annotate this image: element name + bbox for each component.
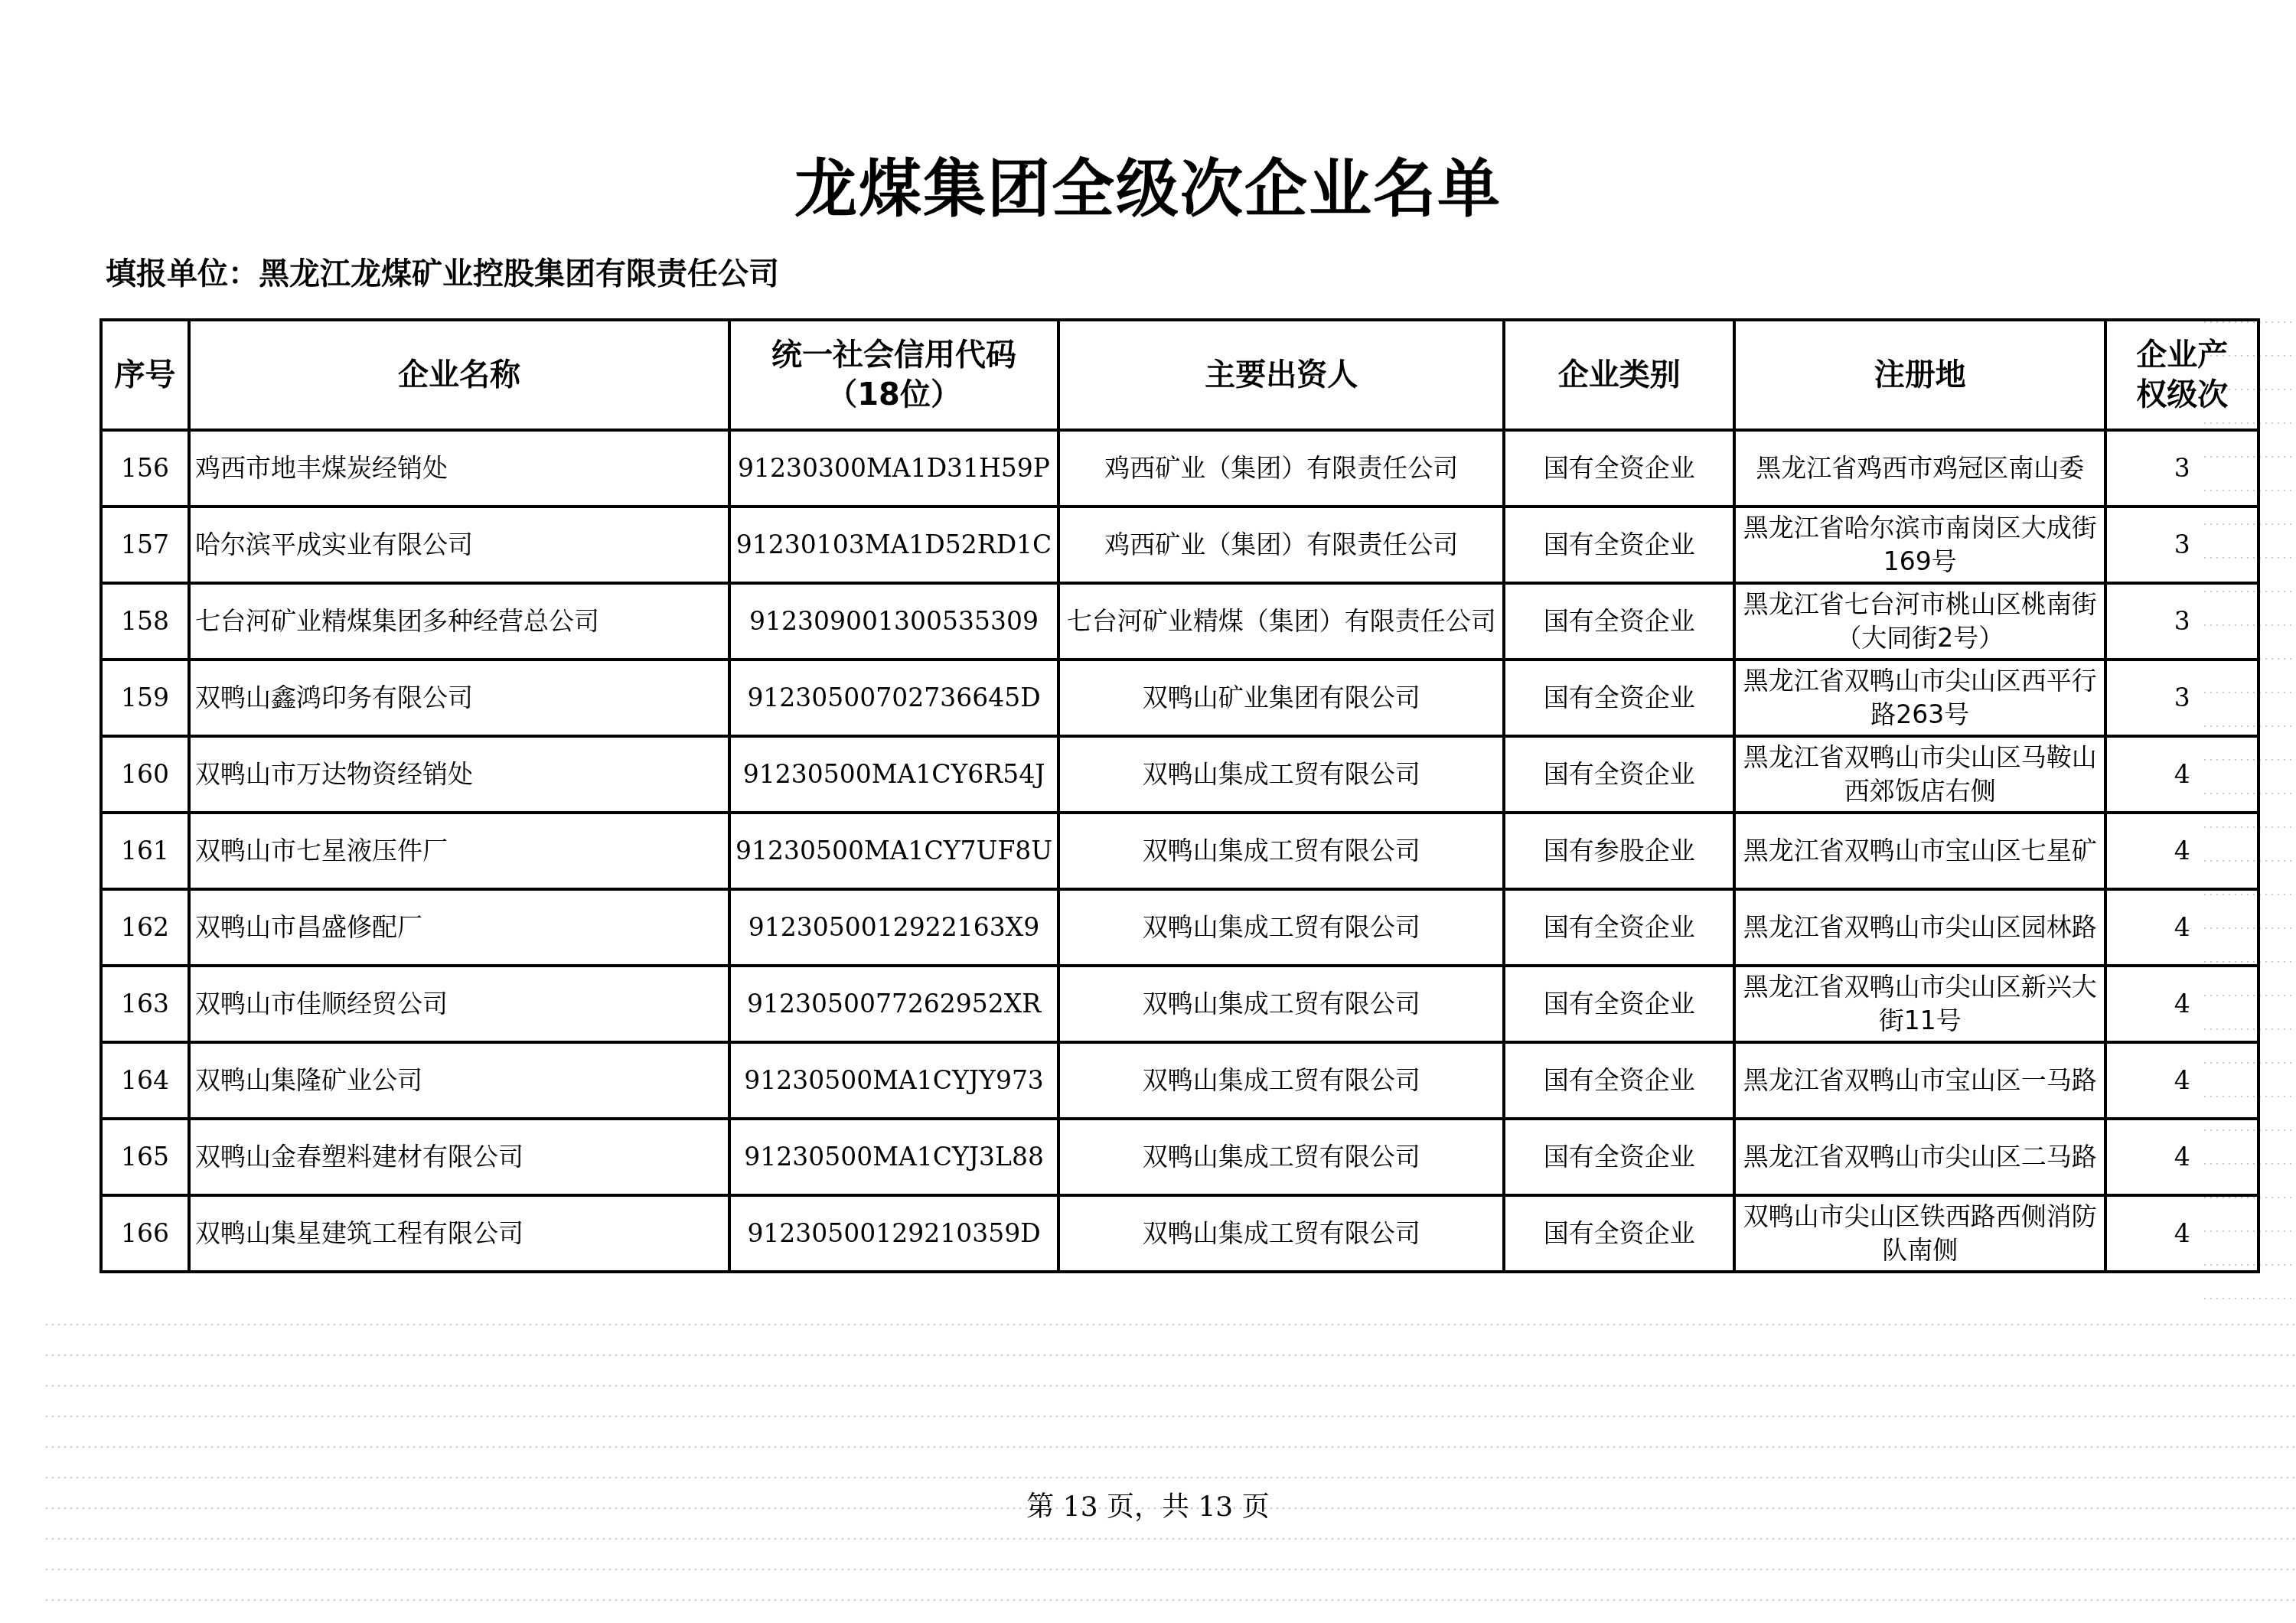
table-header-row: 序号 企业名称 统一社会信用代码（18位） 主要出资人 企业类别 注册地 企业产… <box>101 320 2258 430</box>
cell-seq: 162 <box>101 889 189 966</box>
cell-investor: 双鸭山集成工贸有限公司 <box>1058 813 1504 889</box>
cell-category: 国有全资企业 <box>1504 507 1734 583</box>
cell-seq: 159 <box>101 660 189 736</box>
cell-level: 3 <box>2105 430 2258 507</box>
cell-level: 4 <box>2105 736 2258 813</box>
table-row: 157 哈尔滨平成实业有限公司 91230103MA1D52RD1C 鸡西矿业（… <box>101 507 2258 583</box>
cell-address: 黑龙江省哈尔滨市南岗区大成街169号 <box>1734 507 2105 583</box>
table-row: 159 双鸭山鑫鸿印务有限公司 91230500702736645D 双鸭山矿业… <box>101 660 2258 736</box>
cell-category: 国有全资企业 <box>1504 966 1734 1042</box>
cell-seq: 166 <box>101 1195 189 1272</box>
cell-investor: 双鸭山集成工贸有限公司 <box>1058 966 1504 1042</box>
table-row: 163 双鸭山市佳顺经贸公司 9123050077262952XR 双鸭山集成工… <box>101 966 2258 1042</box>
cell-investor: 鸡西矿业（集团）有限责任公司 <box>1058 507 1504 583</box>
cell-name: 双鸭山市昌盛修配厂 <box>189 889 729 966</box>
cell-seq: 160 <box>101 736 189 813</box>
cell-seq: 156 <box>101 430 189 507</box>
cell-address: 黑龙江省七台河市桃山区桃南街（大同街2号） <box>1734 583 2105 660</box>
cell-level: 4 <box>2105 1119 2258 1195</box>
cell-address: 黑龙江省双鸭山市尖山区新兴大街11号 <box>1734 966 2105 1042</box>
cell-level: 4 <box>2105 813 2258 889</box>
cell-credit-code: 912309001300535309 <box>729 583 1058 660</box>
cell-address: 黑龙江省双鸭山市尖山区西平行路263号 <box>1734 660 2105 736</box>
table-row: 164 双鸭山集隆矿业公司 91230500MA1CYJY973 双鸭山集成工贸… <box>101 1042 2258 1119</box>
header-seq: 序号 <box>101 320 189 430</box>
header-level: 企业产权级次 <box>2105 320 2258 430</box>
header-address: 注册地 <box>1734 320 2105 430</box>
cell-level: 4 <box>2105 1042 2258 1119</box>
cell-level: 4 <box>2105 966 2258 1042</box>
reporting-unit: 填报单位：黑龙江龙煤矿业控股集团有限责任公司 <box>106 256 779 292</box>
page-number: 第 13 页，共 13 页 <box>0 1491 2296 1524</box>
cell-category: 国有全资企业 <box>1504 736 1734 813</box>
cell-credit-code: 91230103MA1D52RD1C <box>729 507 1058 583</box>
cell-credit-code: 91230500MA1CY7UF8U <box>729 813 1058 889</box>
cell-seq: 158 <box>101 583 189 660</box>
cell-seq: 165 <box>101 1119 189 1195</box>
cell-name: 七台河矿业精煤集团多种经营总公司 <box>189 583 729 660</box>
cell-category: 国有全资企业 <box>1504 430 1734 507</box>
enterprise-table: 序号 企业名称 统一社会信用代码（18位） 主要出资人 企业类别 注册地 企业产… <box>99 318 2260 1273</box>
cell-investor: 双鸭山集成工贸有限公司 <box>1058 1042 1504 1119</box>
cell-name: 哈尔滨平成实业有限公司 <box>189 507 729 583</box>
cell-address: 黑龙江省双鸭山市尖山区马鞍山西郊饭店右侧 <box>1734 736 2105 813</box>
table-row: 162 双鸭山市昌盛修配厂 9123050012922163X9 双鸭山集成工贸… <box>101 889 2258 966</box>
cell-name: 鸡西市地丰煤炭经销处 <box>189 430 729 507</box>
cell-address: 黑龙江省双鸭山市尖山区园林路 <box>1734 889 2105 966</box>
table-row: 161 双鸭山市七星液压件厂 91230500MA1CY7UF8U 双鸭山集成工… <box>101 813 2258 889</box>
cell-category: 国有全资企业 <box>1504 660 1734 736</box>
cell-category: 国有全资企业 <box>1504 1042 1734 1119</box>
cell-credit-code: 91230500129210359D <box>729 1195 1058 1272</box>
cell-name: 双鸭山金春塑料建材有限公司 <box>189 1119 729 1195</box>
cell-investor: 双鸭山集成工贸有限公司 <box>1058 1119 1504 1195</box>
cell-category: 国有参股企业 <box>1504 813 1734 889</box>
cell-address: 黑龙江省双鸭山市宝山区七星矿 <box>1734 813 2105 889</box>
cell-level: 4 <box>2105 889 2258 966</box>
table-row: 156 鸡西市地丰煤炭经销处 91230300MA1D31H59P 鸡西矿业（集… <box>101 430 2258 507</box>
cell-investor: 七台河矿业精煤（集团）有限责任公司 <box>1058 583 1504 660</box>
cell-seq: 157 <box>101 507 189 583</box>
header-name: 企业名称 <box>189 320 729 430</box>
cell-credit-code: 9123050012922163X9 <box>729 889 1058 966</box>
cell-investor: 双鸭山矿业集团有限公司 <box>1058 660 1504 736</box>
cell-category: 国有全资企业 <box>1504 889 1734 966</box>
cell-investor: 双鸭山集成工贸有限公司 <box>1058 1195 1504 1272</box>
cell-address: 双鸭山市尖山区铁西路西侧消防队南侧 <box>1734 1195 2105 1272</box>
cell-investor: 双鸭山集成工贸有限公司 <box>1058 736 1504 813</box>
header-investor: 主要出资人 <box>1058 320 1504 430</box>
cell-category: 国有全资企业 <box>1504 583 1734 660</box>
decorative-dotted-lines <box>46 1324 2296 1622</box>
cell-name: 双鸭山市佳顺经贸公司 <box>189 966 729 1042</box>
table-row: 165 双鸭山金春塑料建材有限公司 91230500MA1CYJ3L88 双鸭山… <box>101 1119 2258 1195</box>
cell-name: 双鸭山鑫鸿印务有限公司 <box>189 660 729 736</box>
cell-seq: 161 <box>101 813 189 889</box>
cell-name: 双鸭山集星建筑工程有限公司 <box>189 1195 729 1272</box>
cell-credit-code: 91230300MA1D31H59P <box>729 430 1058 507</box>
cell-category: 国有全资企业 <box>1504 1119 1734 1195</box>
document-title: 龙煤集团全级次企业名单 <box>0 152 2296 228</box>
cell-seq: 163 <box>101 966 189 1042</box>
cell-name: 双鸭山市七星液压件厂 <box>189 813 729 889</box>
table-row: 158 七台河矿业精煤集团多种经营总公司 912309001300535309 … <box>101 583 2258 660</box>
cell-address: 黑龙江省鸡西市鸡冠区南山委 <box>1734 430 2105 507</box>
header-credit-code: 统一社会信用代码（18位） <box>729 320 1058 430</box>
cell-seq: 164 <box>101 1042 189 1119</box>
cell-name: 双鸭山集隆矿业公司 <box>189 1042 729 1119</box>
cell-credit-code: 91230500MA1CYJ3L88 <box>729 1119 1058 1195</box>
cell-credit-code: 91230500702736645D <box>729 660 1058 736</box>
cell-credit-code: 91230500MA1CYJY973 <box>729 1042 1058 1119</box>
cell-category: 国有全资企业 <box>1504 1195 1734 1272</box>
cell-credit-code: 91230500MA1CY6R54J <box>729 736 1058 813</box>
cell-credit-code: 9123050077262952XR <box>729 966 1058 1042</box>
cell-level: 3 <box>2105 583 2258 660</box>
cell-investor: 双鸭山集成工贸有限公司 <box>1058 889 1504 966</box>
header-category: 企业类别 <box>1504 320 1734 430</box>
cell-level: 4 <box>2105 1195 2258 1272</box>
cell-name: 双鸭山市万达物资经销处 <box>189 736 729 813</box>
table-row: 166 双鸭山集星建筑工程有限公司 91230500129210359D 双鸭山… <box>101 1195 2258 1272</box>
cell-level: 3 <box>2105 507 2258 583</box>
cell-address: 黑龙江省双鸭山市宝山区一马路 <box>1734 1042 2105 1119</box>
cell-investor: 鸡西矿业（集团）有限责任公司 <box>1058 430 1504 507</box>
cell-level: 3 <box>2105 660 2258 736</box>
table-row: 160 双鸭山市万达物资经销处 91230500MA1CY6R54J 双鸭山集成… <box>101 736 2258 813</box>
cell-address: 黑龙江省双鸭山市尖山区二马路 <box>1734 1119 2105 1195</box>
